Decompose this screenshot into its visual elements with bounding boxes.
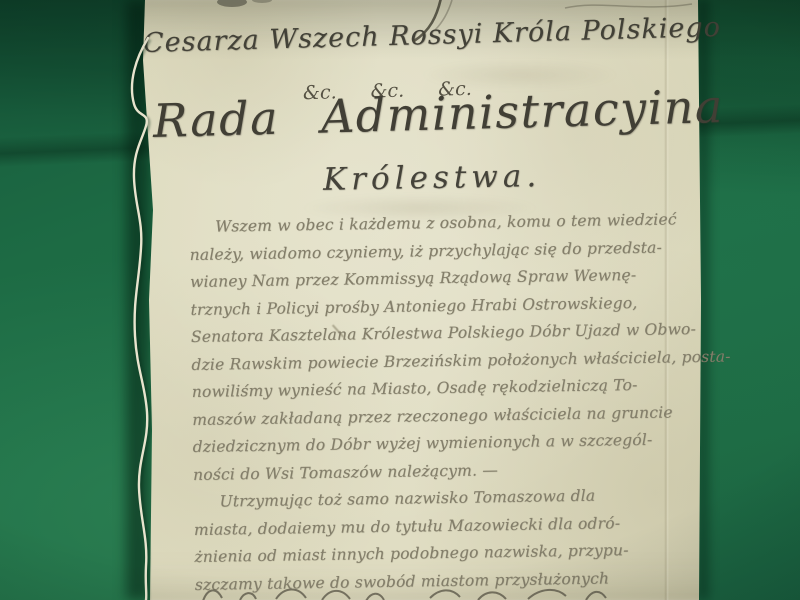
header-line: Cesarza Wszech Rossyi Króla Polskiego [143,12,704,59]
subtitle: Królestwa. [323,158,542,198]
document-text: Cesarza Wszech Rossyi Króla Polskiego &c… [145,0,701,600]
photo-scene: Cesarza Wszech Rossyi Króla Polskiego &c… [0,0,800,600]
main-title: Rada Administracyina [152,79,724,148]
body-paragraph: Wszem w obec i każdemu z osobna, komu o … [189,206,707,599]
